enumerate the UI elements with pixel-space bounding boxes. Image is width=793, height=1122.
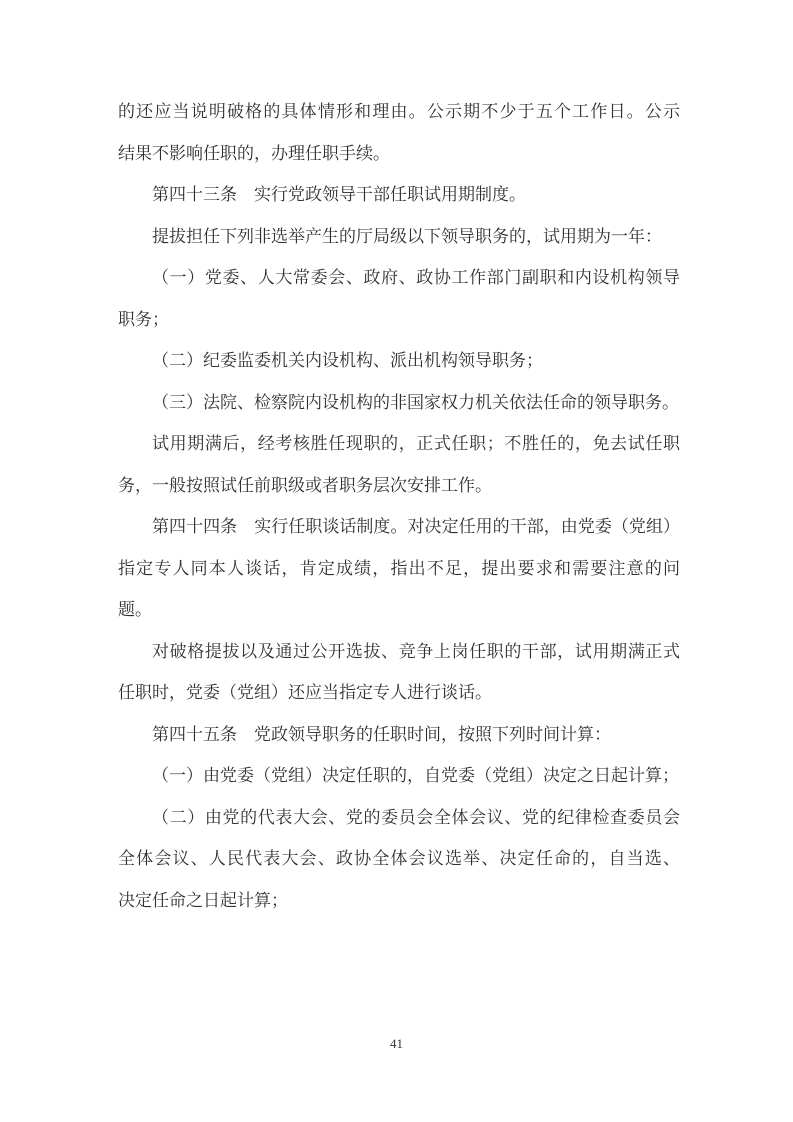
document-page: 的还应当说明破格的具体情形和理由。公示期不少于五个工作日。公示结果不影响任职的，… — [0, 0, 793, 1122]
page-number: 41 — [0, 1036, 793, 1052]
text-line: （一）由党委（党组）决定任职的，自党委（党组）决定之日起计算； — [118, 755, 680, 797]
text-line: 务，一般按照试任前职级或者职务层次安排工作。 — [118, 465, 680, 507]
text-line: 全体会议、人民代表大会、政协全体会议选举、决定任命的，自当选、 — [118, 838, 680, 880]
text-line: 任职时，党委（党组）还应当指定专人进行谈话。 — [118, 672, 680, 714]
text-line: 的还应当说明破格的具体情形和理由。公示期不少于五个工作日。公示 — [118, 91, 680, 133]
text-block: 的还应当说明破格的具体情形和理由。公示期不少于五个工作日。公示结果不影响任职的，… — [118, 91, 680, 921]
text-line: 题。 — [118, 589, 680, 631]
text-line: （三）法院、检察院内设机构的非国家权力机关依法任命的领导职务。 — [118, 382, 680, 424]
text-line: 第四十四条 实行任职谈话制度。对决定任用的干部，由党委（党组） — [118, 506, 680, 548]
text-line: （二）纪委监委机关内设机构、派出机构领导职务； — [118, 340, 680, 382]
text-line: 职务； — [118, 299, 680, 341]
text-line: 试用期满后，经考核胜任现职的，正式任职；不胜任的，免去试任职 — [118, 423, 680, 465]
text-line: 结果不影响任职的，办理任职手续。 — [118, 133, 680, 175]
text-line: 第四十五条 党政领导职务的任职时间，按照下列时间计算： — [118, 714, 680, 756]
text-line: 第四十三条 实行党政领导干部任职试用期制度。 — [118, 174, 680, 216]
text-line: 对破格提拔以及通过公开选拔、竞争上岗任职的干部，试用期满正式 — [118, 631, 680, 673]
text-line: 指定专人同本人谈话，肯定成绩，指出不足，提出要求和需要注意的问 — [118, 548, 680, 590]
text-line: （二）由党的代表大会、党的委员会全体会议、党的纪律检查委员会 — [118, 797, 680, 839]
text-line: 决定任命之日起计算； — [118, 880, 680, 922]
text-line: 提拔担任下列非选举产生的厅局级以下领导职务的，试用期为一年： — [118, 216, 680, 258]
text-line: （一）党委、人大常委会、政府、政协工作部门副职和内设机构领导 — [118, 257, 680, 299]
